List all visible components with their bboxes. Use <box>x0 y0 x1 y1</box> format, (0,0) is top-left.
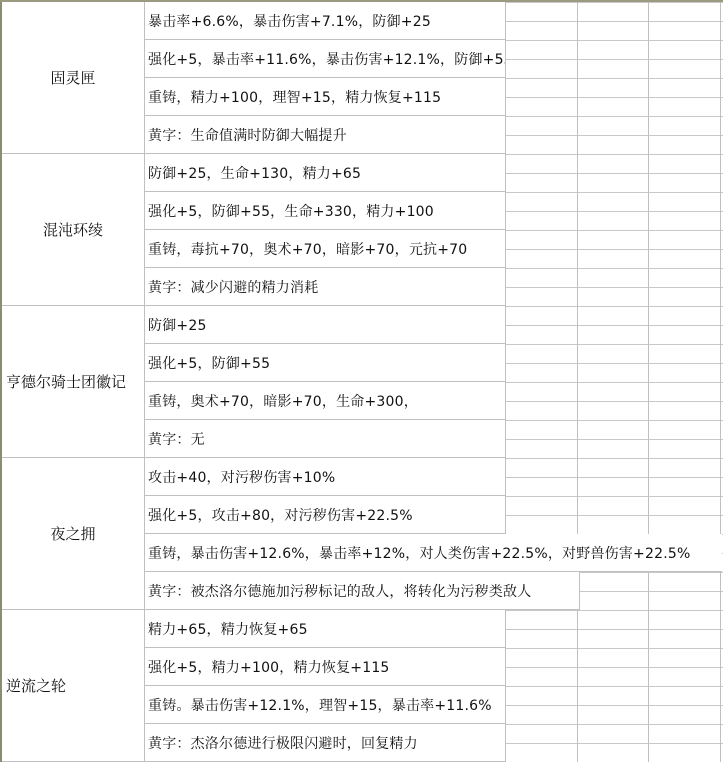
stat-text: 攻击+40，对污秽伤害+10% <box>148 467 335 487</box>
item-group: 固灵匣 暴击率+6.6%，暴击伤害+7.1%，防御+25 强化+5，暴击率+11… <box>2 2 723 154</box>
item-group: 亨德尔骑士团徽记 防御+25 强化+5，防御+55 重铸，奥术+70，暗影+70… <box>2 306 723 458</box>
stat-cell[interactable]: 防御+25 <box>145 306 506 344</box>
item-name-cell[interactable]: 夜之拥 <box>2 458 145 610</box>
stat-text: 黄字：无 <box>148 429 205 449</box>
stat-text: 防御+25，生命+130，精力+65 <box>148 163 361 183</box>
stat-cell[interactable]: 强化+5，攻击+80，对污秽伤害+22.5% <box>145 496 506 534</box>
item-name-cell[interactable]: 混沌环绫 <box>2 154 145 306</box>
sheet-left-border <box>0 0 2 762</box>
stat-cell[interactable]: 重铸，暴击伤害+12.6%，暴击率+12%，对人类伤害+22.5%，对野兽伤害+… <box>145 534 722 572</box>
item-group: 逆流之轮 精力+65，精力恢复+65 强化+5，精力+100，精力恢复+115 … <box>2 610 723 762</box>
item-group: 混沌环绫 防御+25，生命+130，精力+65 强化+5，防御+55，生命+33… <box>2 154 723 306</box>
stat-text: 重铸，奥术+70，暗影+70，生命+300， <box>148 391 418 411</box>
stat-text: 强化+5，防御+55 <box>148 353 270 373</box>
stat-text: 黄字：杰洛尔德进行极限闪避时，回复精力 <box>148 733 418 753</box>
stat-text: 精力+65，精力恢复+65 <box>148 619 308 639</box>
stat-cell[interactable]: 黄字：减少闪避的精力消耗 <box>145 268 506 306</box>
stat-cell[interactable]: 重铸，精力+100，理智+15，精力恢复+115 <box>145 78 506 116</box>
stat-text: 强化+5，防御+55，生命+330，精力+100 <box>148 201 434 221</box>
stat-cell[interactable]: 强化+5，精力+100，精力恢复+115 <box>145 648 506 686</box>
stat-cell[interactable]: 精力+65，精力恢复+65 <box>145 610 506 648</box>
stat-cell[interactable]: 重铸，奥术+70，暗影+70，生命+300， <box>145 382 506 420</box>
stat-cell[interactable]: 防御+25，生命+130，精力+65 <box>145 154 506 192</box>
stat-cell[interactable]: 黄字：被杰洛尔德施加污秽标记的敌人，将转化为污秽类敌人 <box>145 572 580 610</box>
item-name-cell[interactable]: 逆流之轮 <box>2 610 145 762</box>
stat-text: 暴击率+6.6%，暴击伤害+7.1%，防御+25 <box>148 11 431 31</box>
stat-cell[interactable]: 重铸。暴击伤害+12.1%，理智+15，暴击率+11.6% <box>145 686 506 724</box>
stat-text: 强化+5，精力+100，精力恢复+115 <box>148 657 390 677</box>
stat-text: 防御+25 <box>148 315 207 335</box>
stat-cell[interactable]: 黄字：杰洛尔德进行极限闪避时，回复精力 <box>145 724 506 762</box>
stat-cell[interactable]: 重铸，毒抗+70，奥术+70，暗影+70，元抗+70 <box>145 230 506 268</box>
stat-cell[interactable]: 强化+5，暴击率+11.6%，暴击伤害+12.1%，防御+55 <box>145 40 506 78</box>
stat-cell[interactable]: 黄字：无 <box>145 420 506 458</box>
stat-cell[interactable]: 攻击+40，对污秽伤害+10% <box>145 458 506 496</box>
stat-text: 强化+5，暴击率+11.6%，暴击伤害+12.1%，防御+55 <box>148 49 506 69</box>
spreadsheet: 固灵匣 暴击率+6.6%，暴击伤害+7.1%，防御+25 强化+5，暴击率+11… <box>0 0 723 762</box>
stat-cell[interactable]: 黄字：生命值满时防御大幅提升 <box>145 116 506 154</box>
sheet-top-border <box>0 0 723 2</box>
stat-text: 强化+5，攻击+80，对污秽伤害+22.5% <box>148 505 413 525</box>
stat-text: 黄字：减少闪避的精力消耗 <box>148 277 318 297</box>
stat-cell[interactable]: 强化+5，防御+55 <box>145 344 506 382</box>
item-name-cell[interactable]: 固灵匣 <box>2 2 145 154</box>
stat-cell[interactable]: 暴击率+6.6%，暴击伤害+7.1%，防御+25 <box>145 2 506 40</box>
item-name-cell[interactable]: 亨德尔骑士团徽记 <box>2 306 145 458</box>
stat-text: 重铸，暴击伤害+12.6%，暴击率+12%，对人类伤害+22.5%，对野兽伤害+… <box>148 543 690 563</box>
stat-text: 重铸，精力+100，理智+15，精力恢复+115 <box>148 87 441 107</box>
stat-text: 重铸，毒抗+70，奥术+70，暗影+70，元抗+70 <box>148 239 467 259</box>
stat-text: 黄字：被杰洛尔德施加污秽标记的敌人，将转化为污秽类敌人 <box>148 581 531 601</box>
stat-text: 黄字：生命值满时防御大幅提升 <box>148 125 347 145</box>
stat-cell[interactable]: 强化+5，防御+55，生命+330，精力+100 <box>145 192 506 230</box>
stat-text: 重铸。暴击伤害+12.1%，理智+15，暴击率+11.6% <box>148 695 492 715</box>
item-group: 夜之拥 攻击+40，对污秽伤害+10% 强化+5，攻击+80，对污秽伤害+22.… <box>2 458 723 610</box>
